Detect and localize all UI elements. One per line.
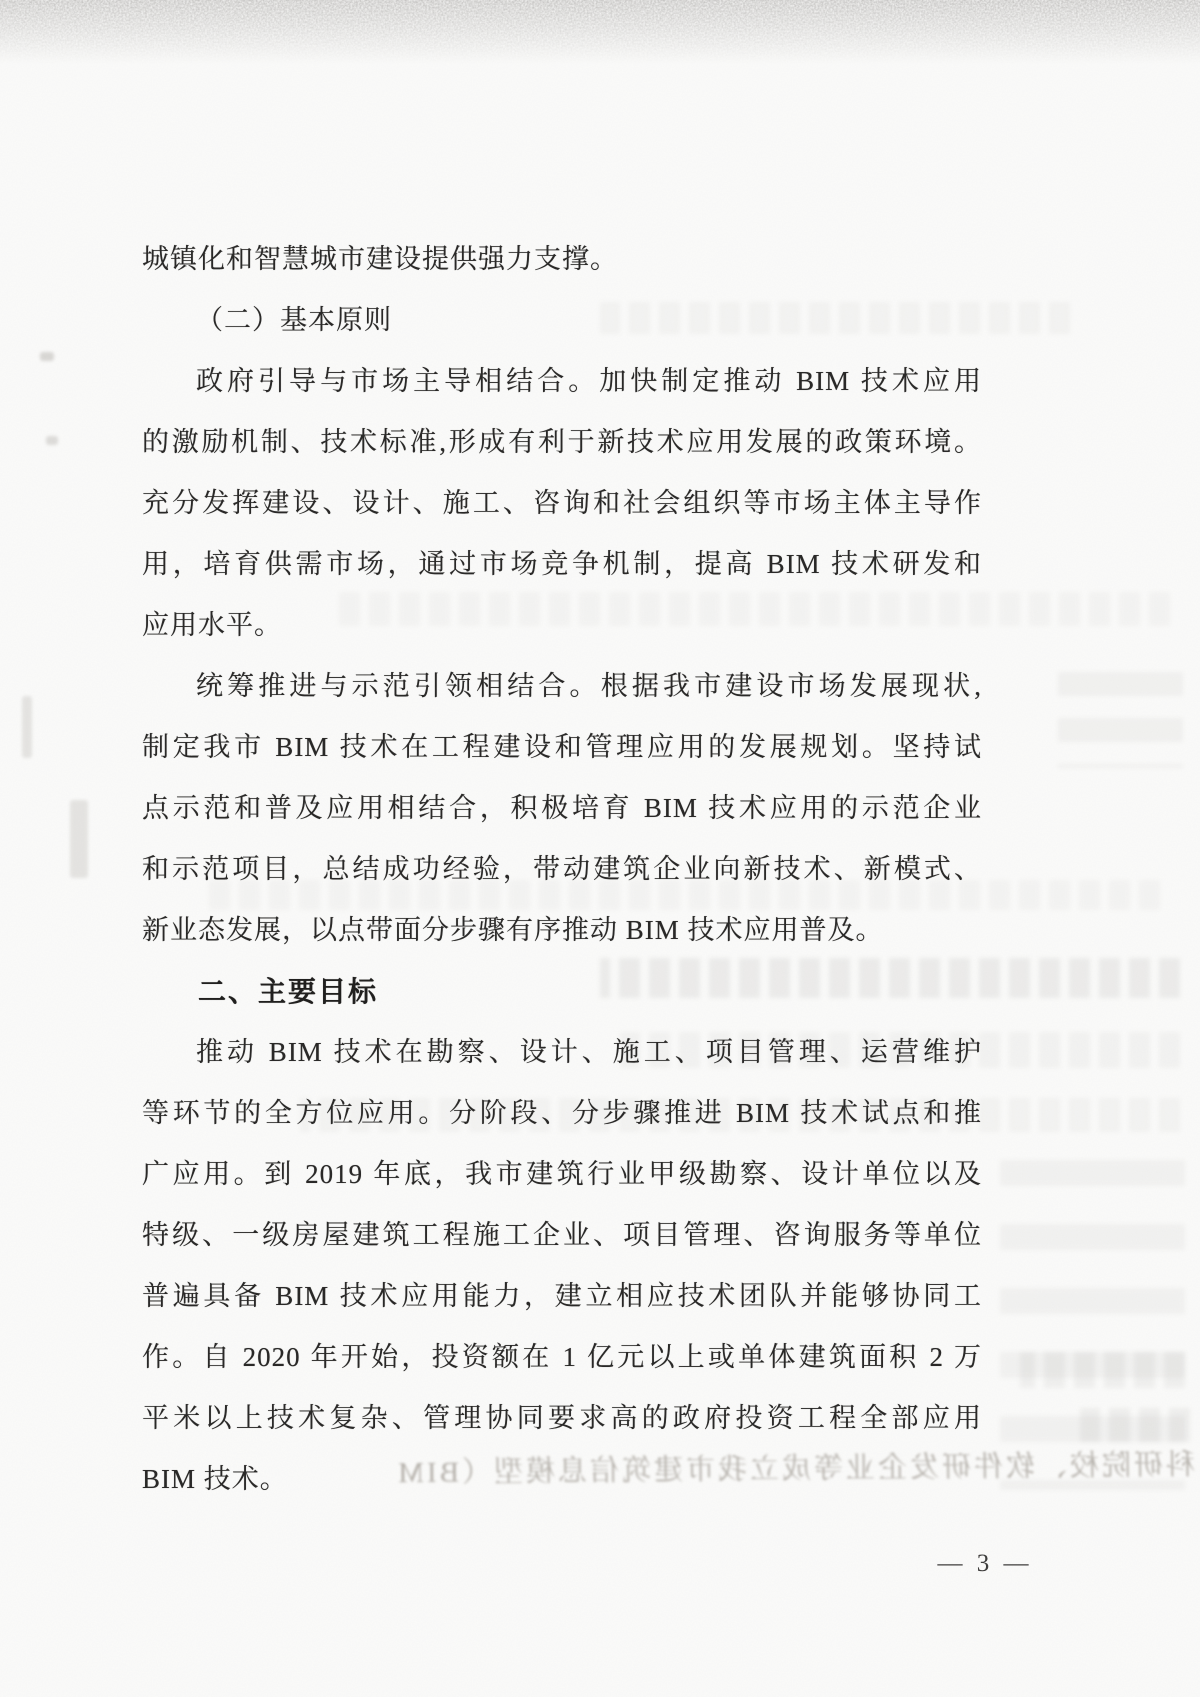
text-line: 点示范和普及应用相结合，积极培育 BIM 技术应用的示范企业 <box>142 778 982 839</box>
bleedthrough-smudge <box>1080 1408 1190 1442</box>
text-line: 和示范项目，总结成功经验，带动建筑企业向新技术、新模式、 <box>142 839 982 900</box>
text-line: 作。自 2020 年开始，投资额在 1 亿元以上或单体建筑面积 2 万 <box>142 1327 982 1388</box>
scanned-document-page: 城镇化和智慧城市建设提供强力支撑。（二）基本原则政府引导与市场主导相结合。加快制… <box>0 0 1200 1697</box>
text-line: 等环节的全方位应用。分阶段、分步骤推进 BIM 技术试点和推 <box>142 1083 982 1144</box>
heading-line: （二）基本原则 <box>142 290 982 351</box>
scan-smudge <box>46 436 58 445</box>
text-line: 城镇化和智慧城市建设提供强力支撑。 <box>142 229 982 290</box>
text-line: 充分发挥建设、设计、施工、咨询和社会组织等市场主体主导作 <box>142 473 982 534</box>
bleedthrough-smudge <box>1058 672 1183 768</box>
heading-line: 二、主要目标 <box>142 961 982 1022</box>
scan-noise-band <box>0 0 1200 64</box>
text-line: 广应用。到 2019 年底，我市建筑行业甲级勘察、设计单位以及 <box>142 1144 982 1205</box>
text-line: 制定我市 BIM 技术在工程建设和管理应用的发展规划。坚持试 <box>142 717 982 778</box>
text-line: 推动 BIM 技术在勘察、设计、施工、项目管理、运营维护 <box>142 1022 982 1083</box>
scan-smudge <box>22 696 32 758</box>
text-line: 应用水平。 <box>142 595 982 656</box>
noise-texture <box>0 0 1200 64</box>
bleedthrough-smudge <box>1020 1352 1185 1388</box>
page-number: — 3 — <box>900 1550 1070 1578</box>
text-line: 平米以上技术复杂、管理协同要求高的政府投资工程全部应用 <box>142 1388 982 1449</box>
document-text: 城镇化和智慧城市建设提供强力支撑。（二）基本原则政府引导与市场主导相结合。加快制… <box>142 229 982 1510</box>
text-line: 的激励机制、技术标准,形成有利于新技术应用发展的政策环境。 <box>142 412 982 473</box>
text-line: 政府引导与市场主导相结合。加快制定推动 BIM 技术应用 <box>142 351 982 412</box>
scan-smudge <box>70 800 88 878</box>
scan-smudge <box>40 352 54 361</box>
text-line: 特级、一级房屋建筑工程施工企业、项目管理、咨询服务等单位 <box>142 1205 982 1266</box>
text-line: 普遍具备 BIM 技术应用能力，建立相应技术团队并能够协同工 <box>142 1266 982 1327</box>
bleedthrough-text-content: 科研院校、软件研发企业等成立我市建筑信息模型（BIM <box>395 1449 1195 1489</box>
text-line: 新业态发展，以点带面分步骤有序推动 BIM 技术应用普及。 <box>142 900 982 961</box>
text-line: 用，培育供需市场，通过市场竞争机制，提高 BIM 技术研发和 <box>142 534 982 595</box>
text-line: 统筹推进与示范引领相结合。根据我市建设市场发展现状, <box>142 656 982 717</box>
